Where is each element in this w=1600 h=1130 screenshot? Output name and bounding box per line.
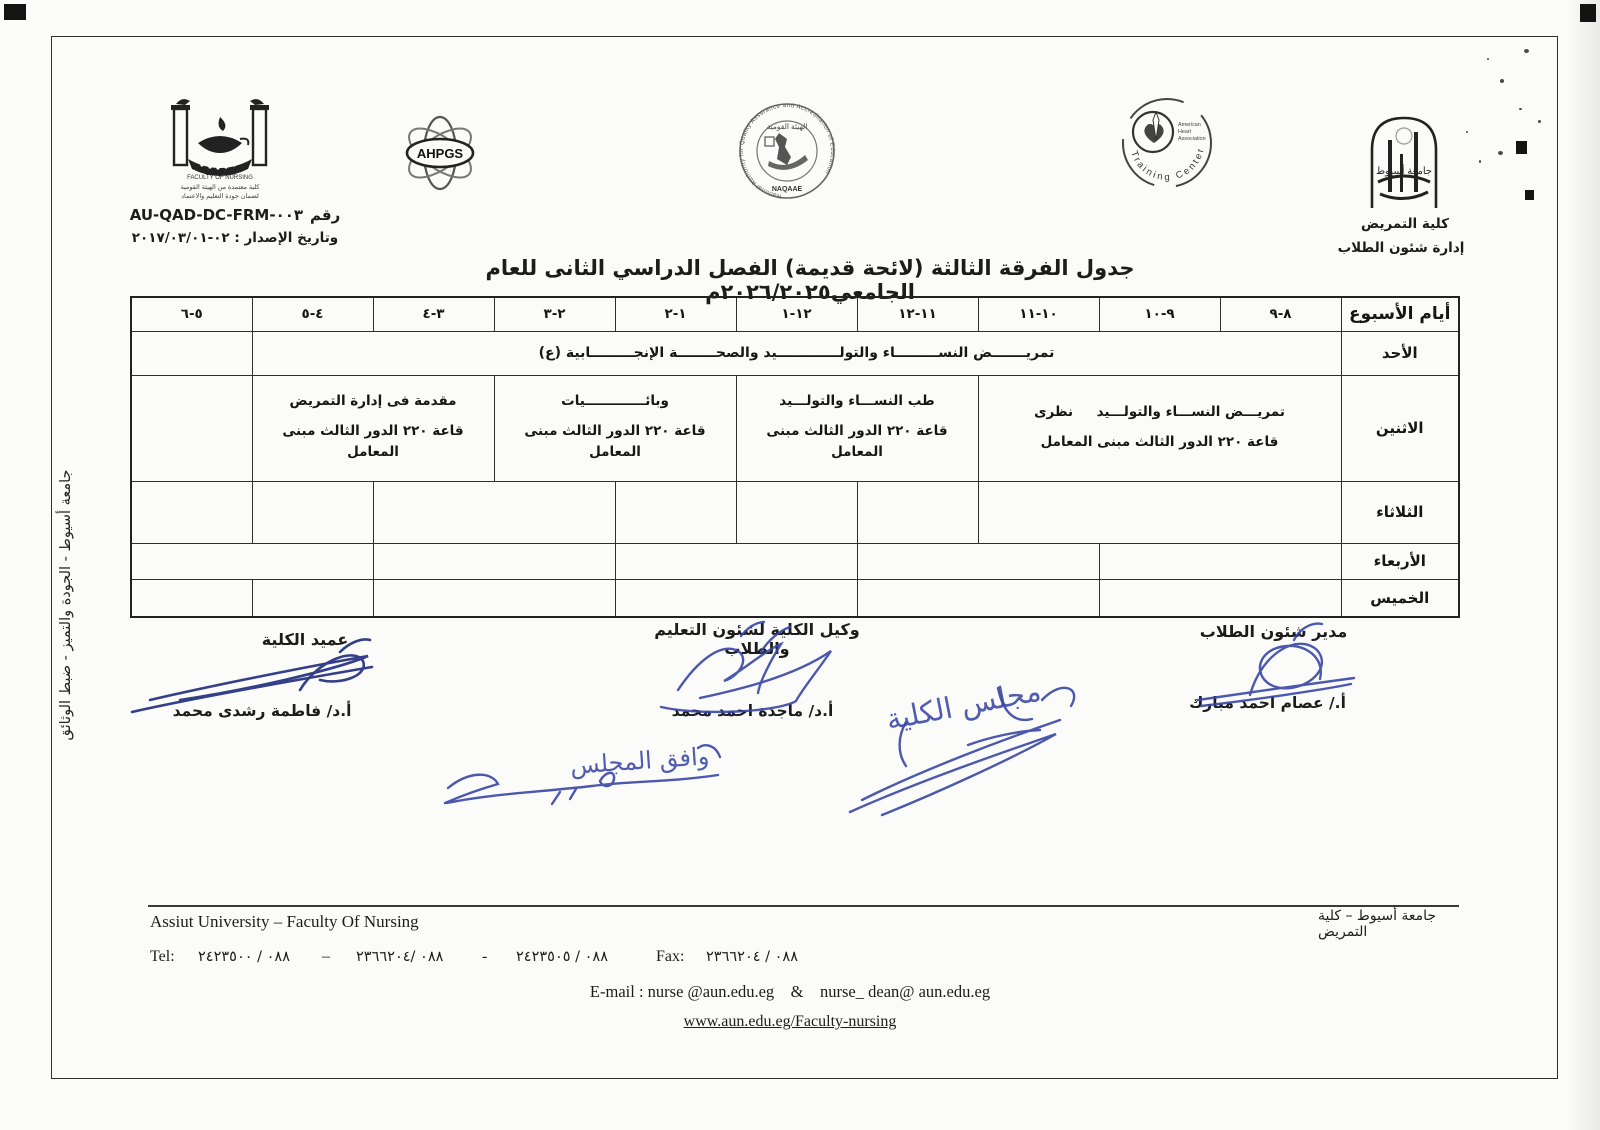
tel-number-3: ٠٨٨ / ٢٤٢٣٥٠٥ bbox=[516, 949, 608, 965]
fax-number: ٠٨٨ / ٢٣٦٦٢٠٤ bbox=[706, 949, 798, 965]
tel-dash: - bbox=[482, 948, 487, 966]
signature-stroke bbox=[661, 651, 831, 712]
signature-stroke bbox=[1042, 688, 1074, 706]
footer-en-name: Assiut University – Faculty Of Nursing bbox=[150, 912, 419, 932]
signature-stroke bbox=[761, 627, 790, 652]
signature-stroke bbox=[132, 667, 372, 712]
footer-email: E-mail : nurse @aun.edu.eg & nurse_ dean… bbox=[490, 982, 1090, 1002]
signature-stroke bbox=[741, 622, 764, 636]
tel-number-1: ٠٨٨ / ٢٤٢٣٥٠٠ bbox=[198, 949, 290, 965]
tel-number-2: ٠٨٨ /٢٣٦٦٢٠٤ bbox=[356, 949, 443, 965]
signature-stroke bbox=[340, 640, 370, 653]
footer-ar-name: جامعة أسيوط – كلية التمريض bbox=[1318, 908, 1460, 940]
signature-stroke bbox=[862, 720, 1060, 800]
signature-stroke bbox=[1294, 624, 1322, 640]
tel-dash: – bbox=[322, 948, 330, 966]
signature-stroke bbox=[850, 734, 1056, 815]
footer-divider bbox=[148, 905, 1459, 907]
signature-stroke bbox=[678, 644, 781, 693]
signature-stroke bbox=[698, 745, 720, 757]
footer-website-link[interactable]: www.aun.edu.eg/Faculty-nursing bbox=[590, 1013, 990, 1031]
signature-stroke bbox=[447, 775, 718, 803]
fax-label: Fax: bbox=[656, 948, 684, 966]
tel-label: Tel: bbox=[150, 948, 175, 966]
signature-stroke bbox=[150, 656, 368, 700]
scanned-schedule-document: جامعة أسيوط - الجودة والتميز - ضبط الوثا… bbox=[0, 0, 1600, 1130]
signature-stroke bbox=[900, 722, 906, 766]
signature-stroke bbox=[552, 789, 576, 804]
signature-stroke bbox=[998, 688, 1032, 720]
